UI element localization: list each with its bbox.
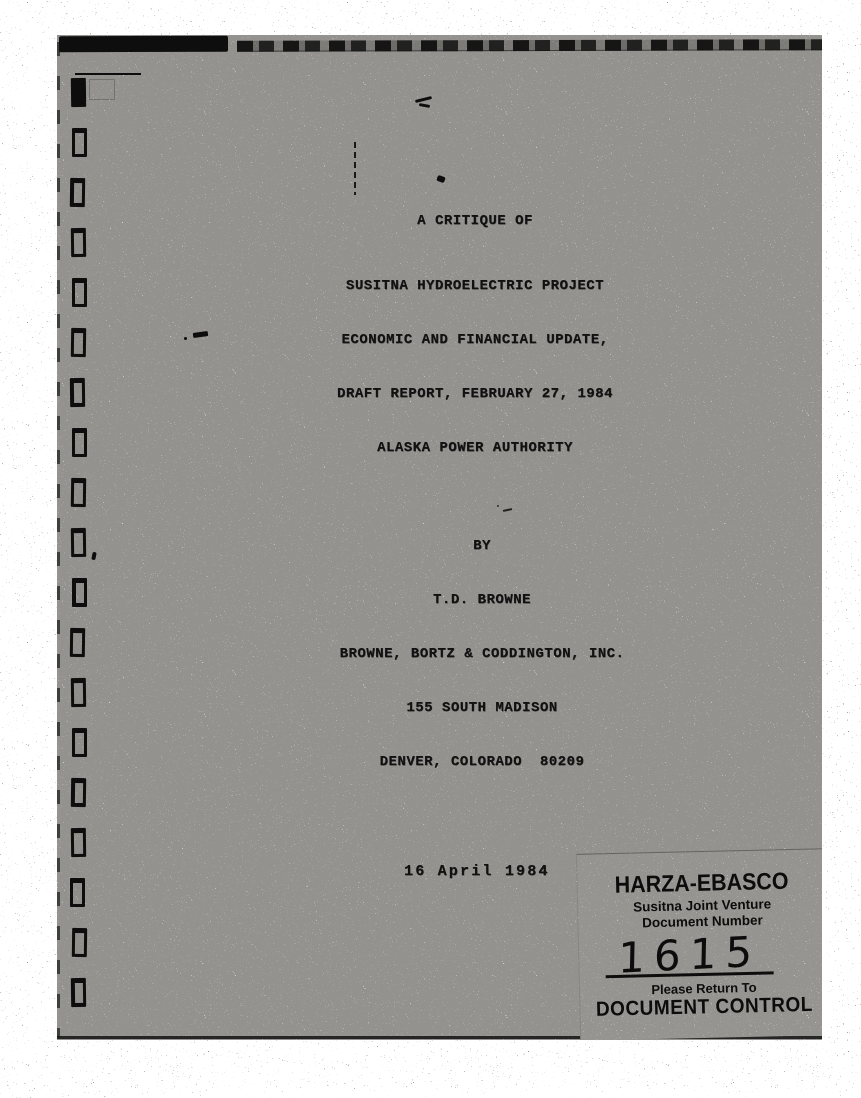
- subtitle-line: ECONOMIC AND FINANCIAL UPDATE,: [115, 331, 835, 349]
- author-line: DENVER, COLORADO 80209: [122, 753, 842, 771]
- scan-artifact-box: [89, 79, 115, 100]
- scan-artifact-bracket: [258, 1075, 290, 1093]
- binding-hole: [70, 628, 85, 657]
- scanned-page-background: { "document": { "title": "A CRITIQUE OF"…: [0, 0, 861, 1098]
- binding-hole: [71, 228, 86, 257]
- report-title: A CRITIQUE OF: [115, 212, 835, 230]
- author-line: BROWNE, BORTZ & CODDINGTON, INC.: [122, 645, 842, 663]
- stamp-company-name: HARZA-EBASCO: [575, 868, 829, 901]
- author-line: BY: [122, 537, 842, 555]
- binding-hole: [70, 178, 85, 207]
- margin-vertical-number: 00161: [1, 0, 49, 313]
- binding-hole: [71, 828, 86, 857]
- binding-hole: [70, 878, 85, 907]
- scan-top-streak-dotted: [237, 39, 838, 52]
- scan-artifact-dot: [497, 505, 499, 507]
- binding-hole: [72, 278, 87, 307]
- subtitle-line: SUSITNA HYDROELECTRIC PROJECT: [115, 277, 835, 295]
- binding-hole: [71, 978, 86, 1007]
- scan-bottom-line: [0, 1094, 200, 1096]
- scan-artifact-line: [75, 73, 141, 75]
- author-line: T.D. BROWNE: [122, 591, 842, 609]
- subtitle-line: ALASKA POWER AUTHORITY: [115, 439, 835, 457]
- binding-hole: [72, 728, 87, 757]
- binding-hole: [72, 128, 87, 157]
- binding-hole: [71, 478, 86, 507]
- scan-scratch: [757, 1044, 767, 1081]
- binding-hole: [71, 528, 86, 557]
- binding-hole: [72, 578, 87, 607]
- report-date: 16 April 1984: [404, 862, 550, 882]
- binding-hole: [71, 328, 86, 357]
- scan-top-streak-dark: [59, 36, 228, 53]
- binding-hole: [71, 678, 86, 707]
- paper-left-edge-shadow: [57, 42, 60, 1037]
- report-subtitle: SUSITNA HYDROELECTRIC PROJECT ECONOMIC A…: [115, 241, 835, 475]
- document-control-stamp: HARZA-EBASCO Susitna Joint Venture Docum…: [576, 848, 829, 1041]
- author-block: BY T.D. BROWNE BROWNE, BORTZ & CODDINGTO…: [122, 501, 842, 789]
- next-page-jagged-edge: [205, 1083, 840, 1098]
- scan-scratch: [644, 1050, 662, 1089]
- binding-hole: [72, 928, 87, 957]
- author-line: 155 SOUTH MADISON: [122, 699, 842, 717]
- binding-hole: [72, 428, 87, 457]
- subtitle-line: DRAFT REPORT, FEBRUARY 27, 1984: [115, 385, 835, 403]
- binding-hole: [71, 778, 86, 807]
- scan-artifact-dot: [184, 337, 187, 340]
- handwritten-document-number: 1615: [617, 932, 761, 979]
- scan-artifact-bracket: [265, 1053, 289, 1069]
- stamp-document-control-line: DOCUMENT CONTROL: [580, 993, 828, 1022]
- binding-hole: [70, 378, 85, 407]
- scan-artifact-tick: [354, 142, 356, 195]
- binding-hole: [71, 78, 86, 107]
- stamp-number-area: 1615: [565, 932, 814, 978]
